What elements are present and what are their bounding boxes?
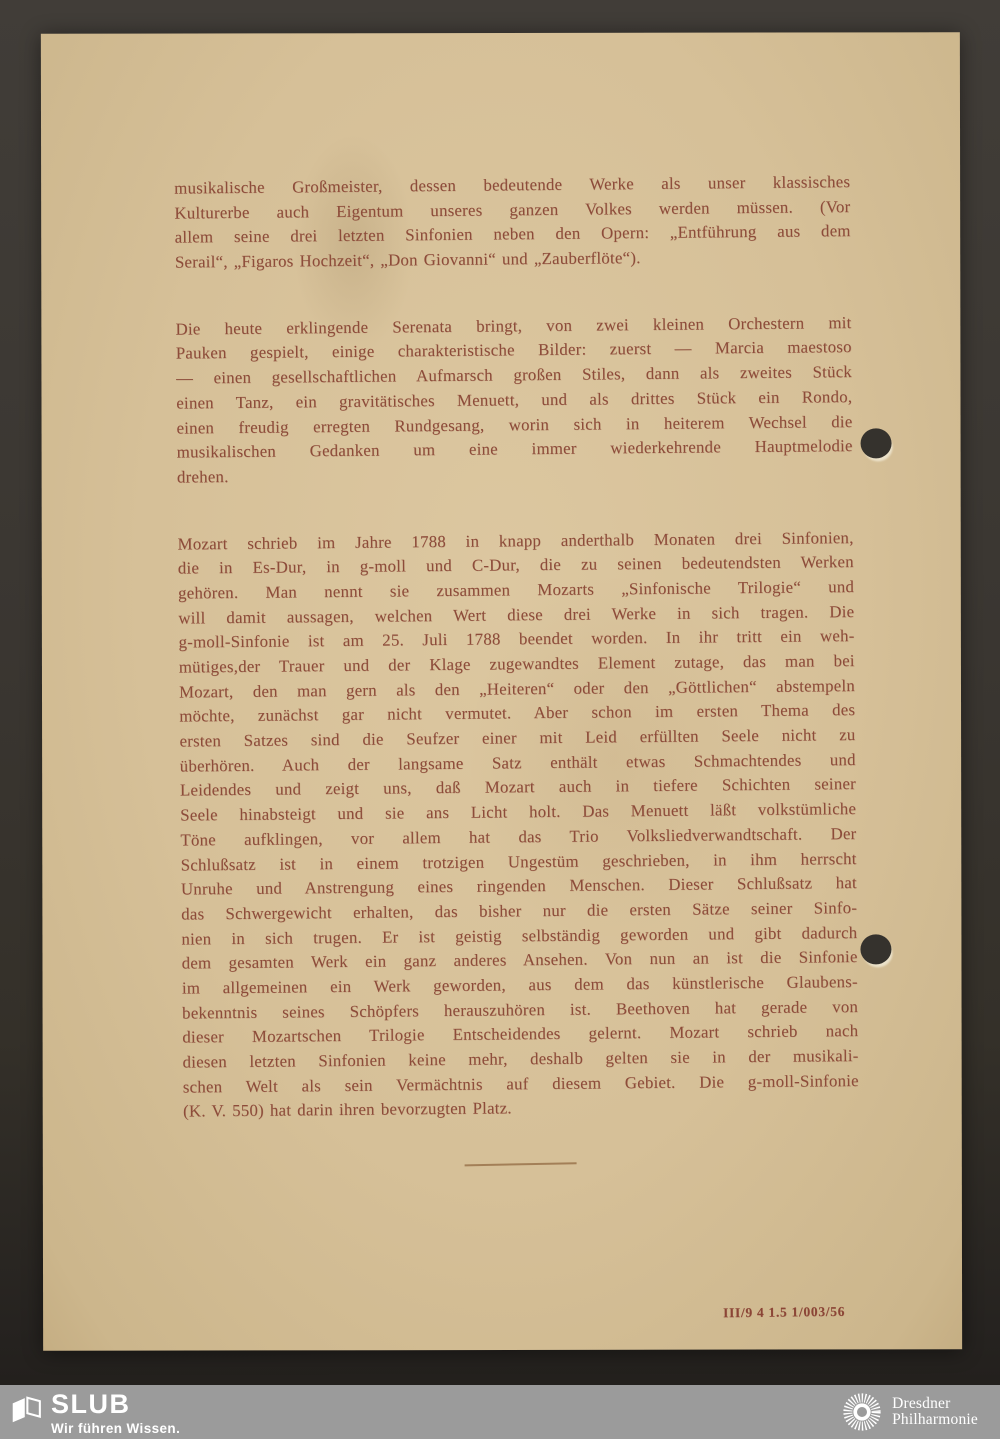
- paragraph: Die heute erklingende Serenata bringt, v…: [175, 311, 853, 490]
- print-code: III/9 4 1.5 1/003/56: [723, 1304, 845, 1321]
- paragraph: musikalische Großmeister, dessen bedeute…: [174, 170, 851, 275]
- text-line: Serail“, „Figaros Hochzeit“, „Don Giovan…: [175, 244, 851, 275]
- punch-hole: [860, 934, 891, 964]
- text-line: (K. V. 550) hat darin ihren bevorzugten …: [183, 1093, 859, 1124]
- slub-wordmark-block: SLUB Wir führen Wissen.: [51, 1391, 180, 1436]
- paragraph: Mozart schrieb im Jahre 1788 in knapp an…: [178, 526, 860, 1125]
- partner-wordmark: Dresdner Philharmonie: [892, 1396, 978, 1429]
- slub-book-icon: [11, 1394, 42, 1423]
- partner-line1: Dresdner: [892, 1396, 978, 1413]
- starburst-icon: [842, 1392, 882, 1432]
- scan-viewer: musikalische Großmeister, dessen bedeute…: [0, 0, 1000, 1439]
- slub-tagline: Wir führen Wissen.: [51, 1421, 180, 1436]
- dresdner-philharmonie-logo-link[interactable]: Dresdner Philharmonie: [842, 1392, 978, 1432]
- punch-hole: [861, 428, 892, 458]
- document-text: musikalische Großmeister, dessen bedeute…: [174, 170, 859, 1169]
- document-page: musikalische Großmeister, dessen bedeute…: [41, 32, 962, 1351]
- partner-line2: Philharmonie: [892, 1412, 978, 1429]
- slub-logo-link[interactable]: SLUB Wir führen Wissen.: [11, 1391, 180, 1436]
- section-divider-rule: [465, 1162, 577, 1166]
- slub-wordmark: SLUB: [51, 1391, 180, 1418]
- viewer-footer: SLUB Wir führen Wissen. Dresdner Philhar…: [0, 1385, 1000, 1439]
